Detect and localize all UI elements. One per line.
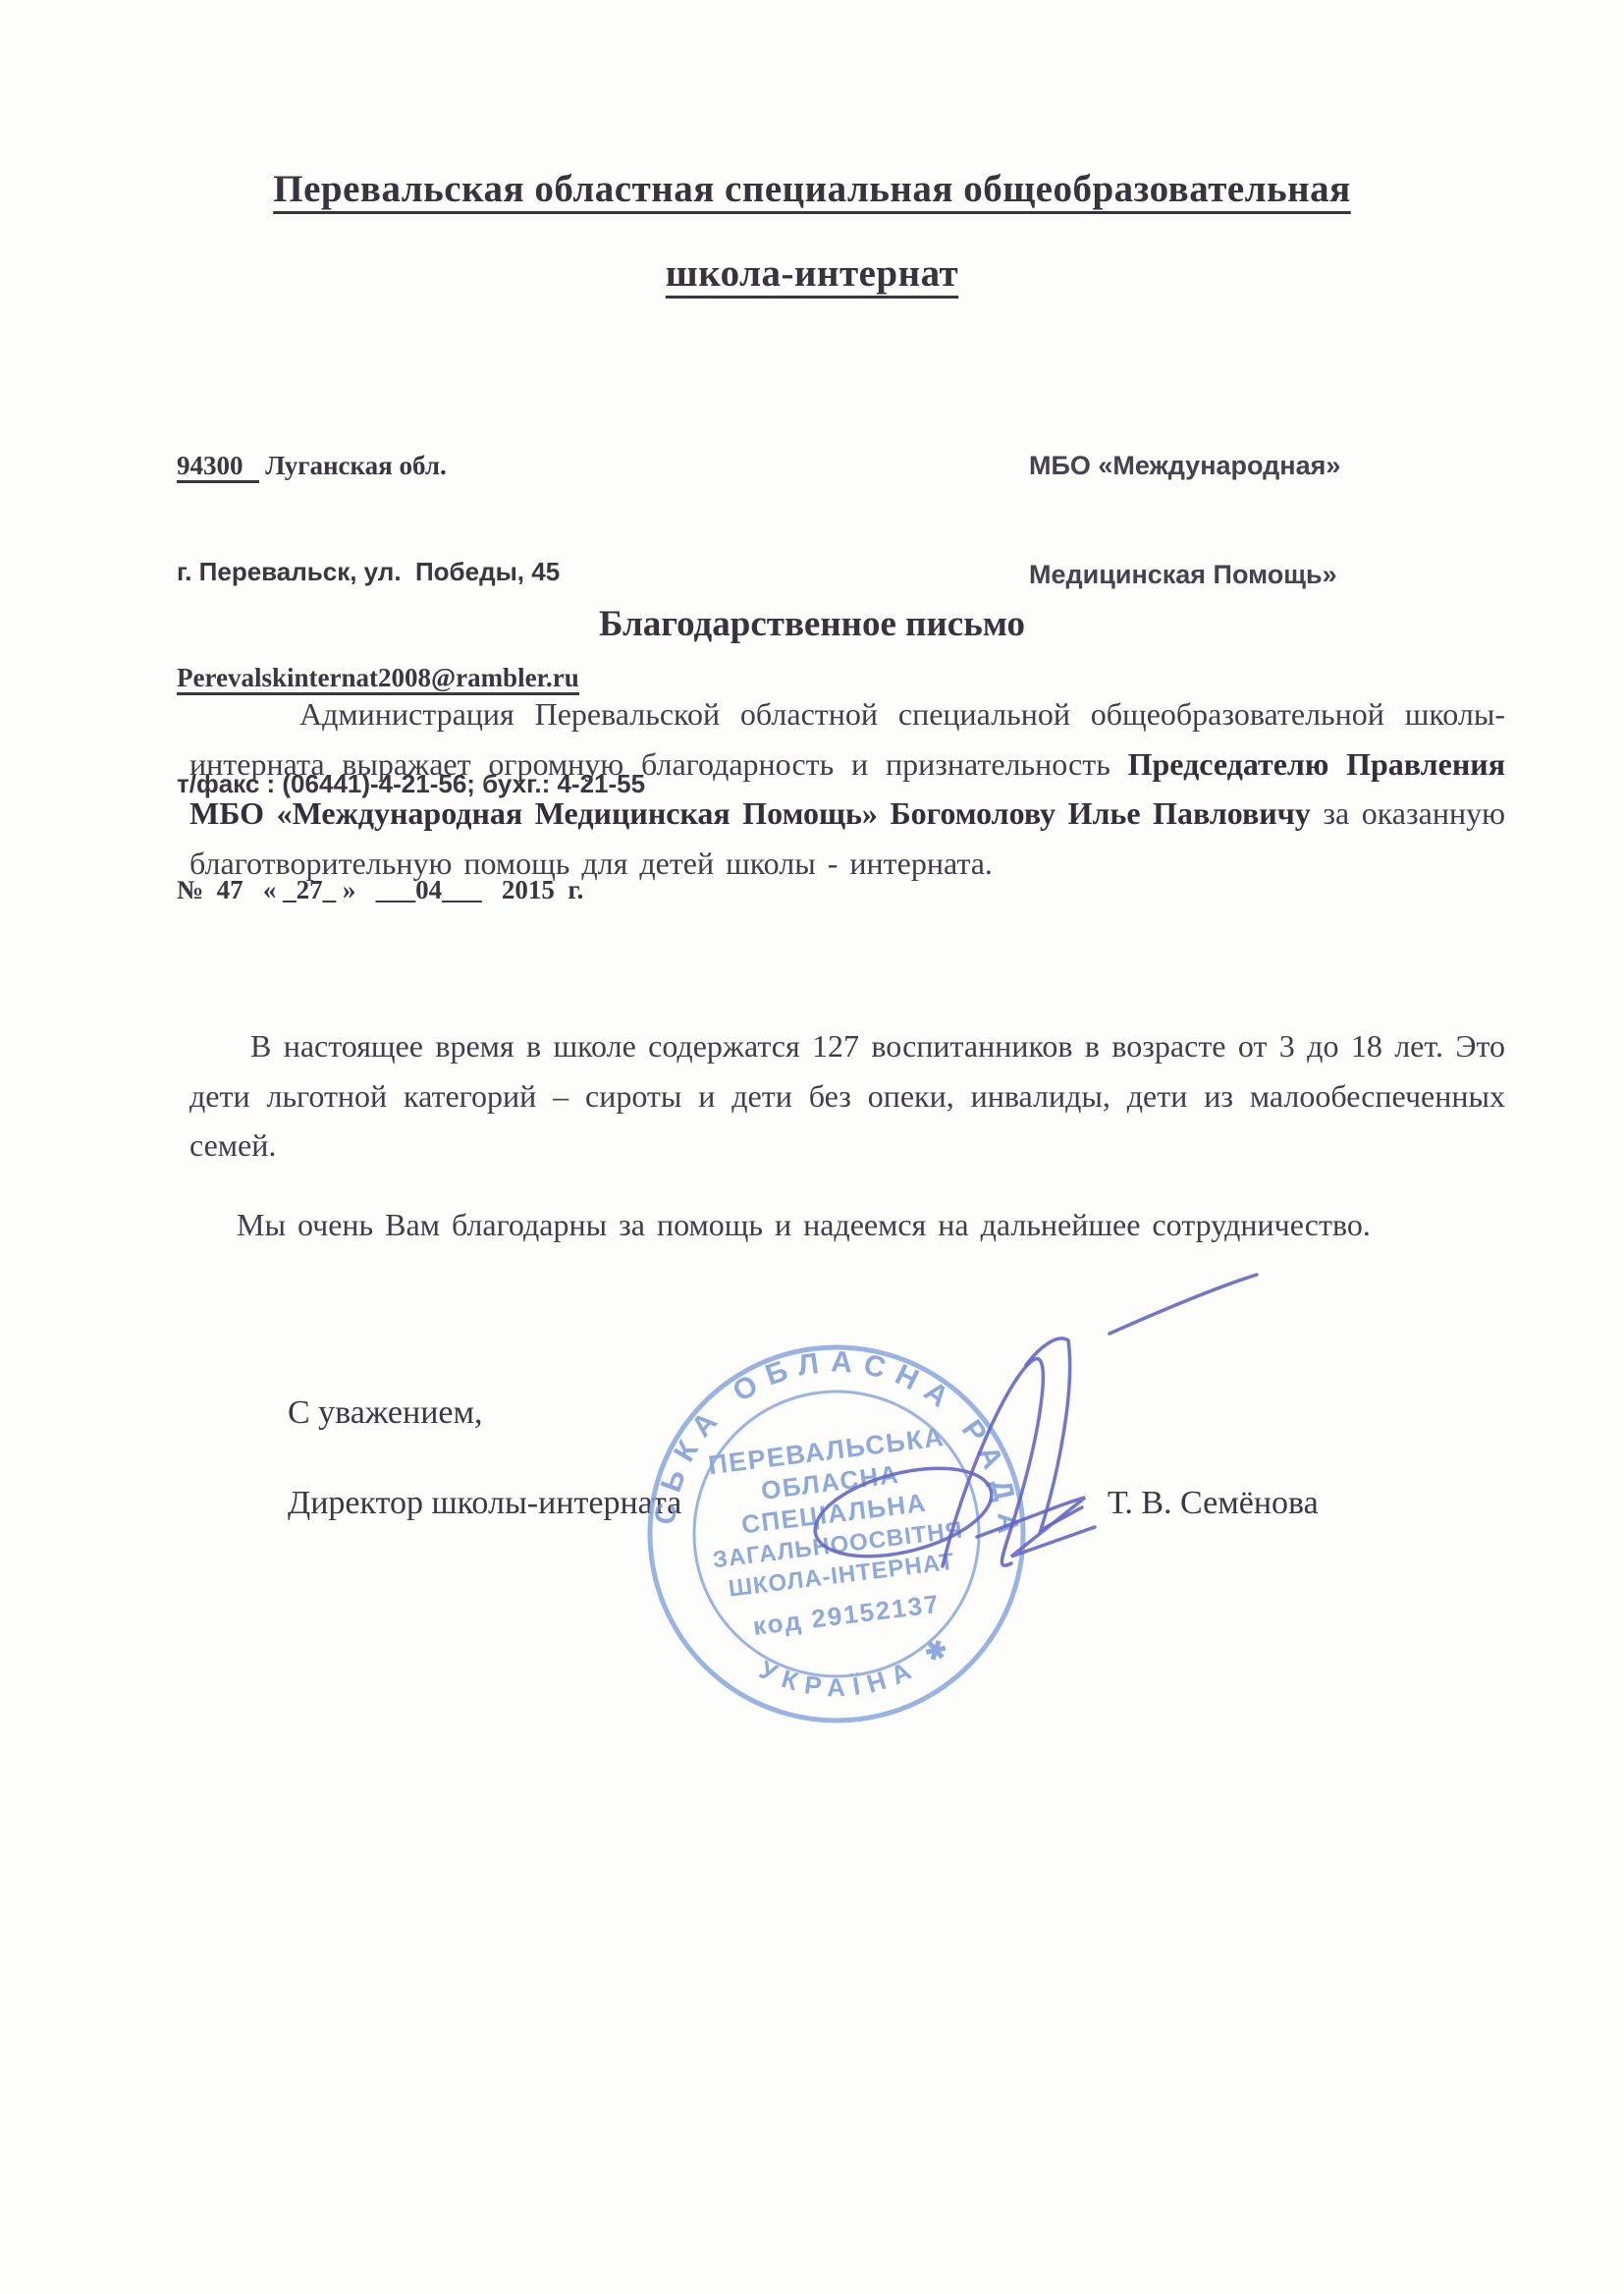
sender-requisites: 94300 Луганская обл. г. Перевальск, ул. … <box>177 377 645 978</box>
handwritten-signature <box>805 1237 1276 1630</box>
signature-dash-stroke <box>1110 1275 1257 1334</box>
addressee-line-2: Медицинская Помощь» <box>1029 557 1340 593</box>
paragraph-school-info: В настоящее время в школе содержатся 127… <box>189 1021 1505 1171</box>
signature-stroke-3 <box>977 1498 1095 1557</box>
region: Луганская обл. <box>259 451 447 480</box>
closing-salutation: С уважением, <box>288 1394 483 1432</box>
addressee-line-1: МБО «Международная» <box>1029 448 1340 484</box>
document-title: Перевальская областная специальная общео… <box>0 147 1624 316</box>
stamp-ring-bottom-text: УКРАЇНА ✱ <box>751 1624 965 1714</box>
paragraph-gratitude: Администрация Перевальской областной спе… <box>189 689 1505 888</box>
street-address: г. Перевальск, ул. Победы, 45 <box>177 554 645 589</box>
title-line-2: школа-интернат <box>666 252 958 295</box>
postal-code: 94300 <box>177 451 259 483</box>
title-line-1: Перевальская областная специальная общео… <box>273 168 1350 210</box>
letter-heading: Благодарственное письмо <box>0 603 1624 645</box>
postal-line: 94300 Луганская обл. <box>177 448 645 483</box>
signer-position: Директор школы-интерната <box>288 1485 681 1522</box>
scanned-letter-page: Перевальская областная специальная общео… <box>0 0 1624 2294</box>
